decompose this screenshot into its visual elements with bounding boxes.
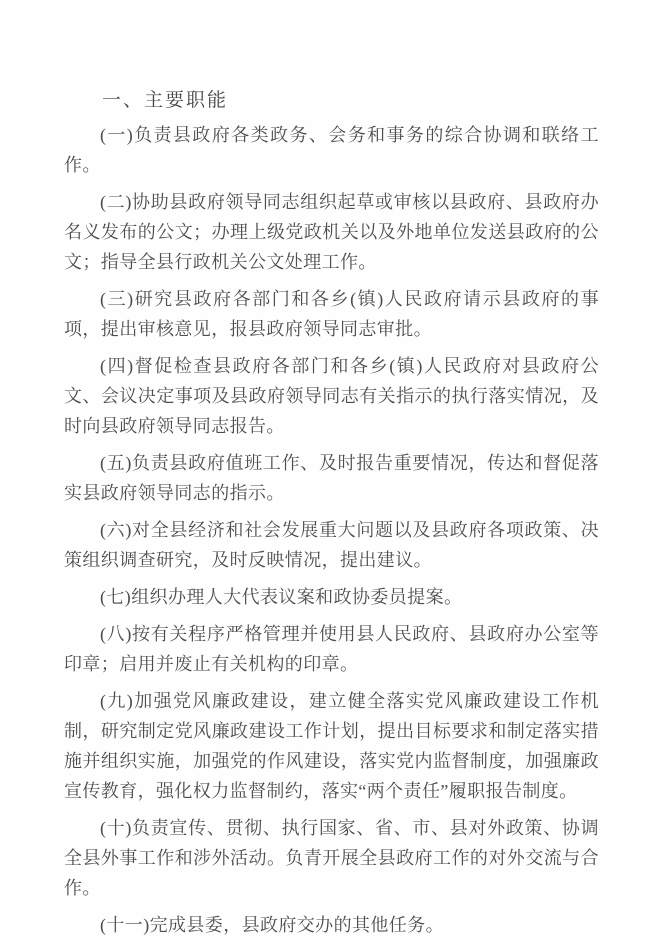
paragraph-4: (四)督促检查县政府各部门和各乡(镇)人民政府对县政府公文、会议决定事项及县政府… — [64, 351, 599, 441]
paragraph-1: (一)负责县政府各类政务、会务和事务的综合协调和联络工作。 — [64, 120, 599, 180]
paragraph-10: (十)负责宣传、贯彻、执行国家、省、市、县对外政策、协调全县外事工作和涉外活动。… — [64, 813, 599, 903]
paragraph-5: (五)负责县政府值班工作、及时报告重要情况，传达和督促落实县政府领导同志的指示。 — [64, 448, 599, 508]
paragraph-2: (二)协助县政府领导同志组织起草或审核以县政府、县政府办名义发布的公文；办理上级… — [64, 187, 599, 277]
paragraph-6: (六)对全县经济和社会发展重大问题以及县政府各项政策、决策组织调查研究，及时反映… — [64, 515, 599, 575]
document-title: 一、主要职能 — [64, 86, 599, 116]
paragraph-3: (三)研究县政府各部门和各乡(镇)人民政府请示县政府的事项，提出审核意见，报县政… — [64, 284, 599, 344]
paragraph-11: (十一)完成县委，县政府交办的其他任务。 — [64, 910, 599, 936]
paragraph-8: (八)按有关程序严格管理并使用县人民政府、县政府办公室等印章；启用并废止有关机构… — [64, 619, 599, 679]
document-page: 一、主要职能 (一)负责县政府各类政务、会务和事务的综合协调和联络工作。 (二)… — [0, 0, 662, 936]
paragraph-9: (九)加强党风廉政建设，建立健全落实党风廉政建设工作机制，研究制定党风廉政建设工… — [64, 686, 599, 806]
paragraph-7: (七)组织办理人大代表议案和政协委员提案。 — [64, 582, 599, 612]
